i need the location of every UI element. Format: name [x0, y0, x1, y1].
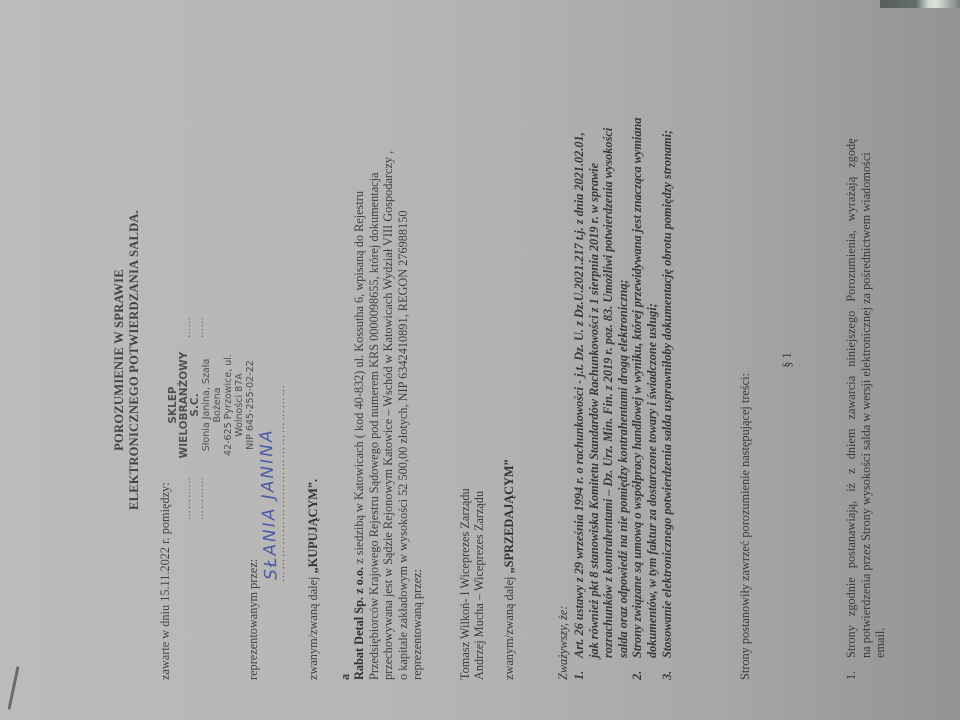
clause-1-line-3: email.: [873, 628, 888, 658]
seller-representative-2: Andrzej Mucha – Wiceprezes Zarządu: [472, 491, 487, 680]
intro-text: zawarte w dniu 15.11.2022 r. pomiędzy:: [158, 482, 173, 680]
buyer-designation: zwanym/zwaną dalej „KUPUJĄCYM”.: [306, 479, 321, 680]
whereas-item-2-number: 2.: [630, 671, 645, 680]
whereas-item-1-line-2: jak również pkt 8 stanowiska Komitetu St…: [587, 163, 602, 658]
buyer-called-prefix: zwanym/zwaną dalej: [306, 573, 320, 680]
seller-line-2: Przedsiębiorców Krajowego Rejestru Sądow…: [367, 173, 382, 680]
document-page: POROZUMIENIE W SPRAWIE ELEKTRONICZNEGO P…: [0, 0, 960, 720]
clause-1-line-2: na potwierdzenia przez Strony wysokości …: [859, 152, 874, 658]
clause-1-line-1: Strony zgodnie postanawiają, iż z dniem …: [844, 138, 859, 658]
whereas-item-1-line-1: Art. 26 ustawy z 29 września 1994 r. o r…: [572, 132, 587, 658]
stamp-company-name: SKLEP WIELOBRANŻOWY S.C.: [168, 340, 201, 470]
seller-called-prefix: zwanym/zwaną dalej: [502, 573, 516, 680]
buyer-represented-label: reprezentowanym przez:: [246, 559, 261, 680]
whereas-item-3-number: 3.: [660, 671, 675, 680]
buyer-stamp: SKLEP WIELOBRANŻOWY S.C. Słonia Janina, …: [168, 340, 256, 470]
seller-name: Rabat Detal Sp. z o.o.: [352, 567, 366, 680]
whereas-item-1-number: 1.: [572, 671, 587, 680]
seller-designation: zwanym/zwaną dalej „SPRZEDAJĄCYM”: [502, 459, 517, 680]
stamp-dotted-line-2: …………: [194, 476, 209, 520]
section-marker: § 1: [780, 0, 795, 720]
document-title: POROZUMIENIE W SPRAWIE ELEKTRONICZNEGO P…: [112, 0, 142, 720]
seller-line-5: reprezentowaną przez:: [410, 569, 425, 680]
seller-line-3: przechowywana jest w Sądzie Rejonowym Ka…: [381, 151, 396, 680]
stamp-line-3: NIP 645-255-02-22: [245, 340, 256, 470]
seller-line-4: o kapitale zakładowym w wysokości 52 500…: [396, 210, 411, 680]
conjunction: a: [338, 674, 353, 680]
stamp-line-2: 42-625 Pyrzowice, ul. Wolności 87A: [223, 340, 245, 470]
whereas-item-1-line-3: rozrachunków z kontrahentami – Dz. Urz. …: [601, 128, 616, 658]
whereas-item-2-line-2: dokumentów, w tym faktur za dostarczone …: [645, 303, 660, 658]
seller-line-1-text: z siedzibą w Katowicach ( kod 40-832) ul…: [352, 191, 366, 567]
agreement-intro: Strony postanowiły zawrzeć porozumienie …: [738, 373, 753, 680]
seller-representative-1: Tomasz Wilkoń- I Wiceprezes Zarządu: [458, 488, 473, 680]
clause-1-number: 1.: [844, 671, 859, 680]
buyer-signature: SŁANIA JANINA: [259, 428, 279, 580]
seller-called-name: „SPRZEDAJĄCYM”: [502, 459, 516, 573]
stamp-dotted-line-4: ……: [194, 316, 209, 338]
whereas-item-1-line-4: salda oraz odpowiedź na nie pomiędzy kon…: [616, 279, 631, 658]
seller-line-1: Rabat Detal Sp. z o.o. z siedzibą w Kato…: [352, 191, 367, 680]
buyer-called-name: „KUPUJĄCYM”.: [306, 479, 320, 574]
whereas-item-2-line-1: Strony związane są umową o współpracy ha…: [630, 118, 645, 658]
whereas-label: Zważywszy, że:: [556, 606, 571, 680]
stamp-line-1: Słonia Janina, Szała Bożena: [201, 340, 223, 470]
title-line-1: POROZUMIENIE W SPRAWIE: [112, 0, 127, 720]
whereas-item-3-line-1: Stosowanie elektronicznego potwierdzenia…: [660, 130, 675, 658]
title-line-2: ELEKTRONICZNEGO POTWIERDZANIA SALDA.: [127, 0, 142, 720]
